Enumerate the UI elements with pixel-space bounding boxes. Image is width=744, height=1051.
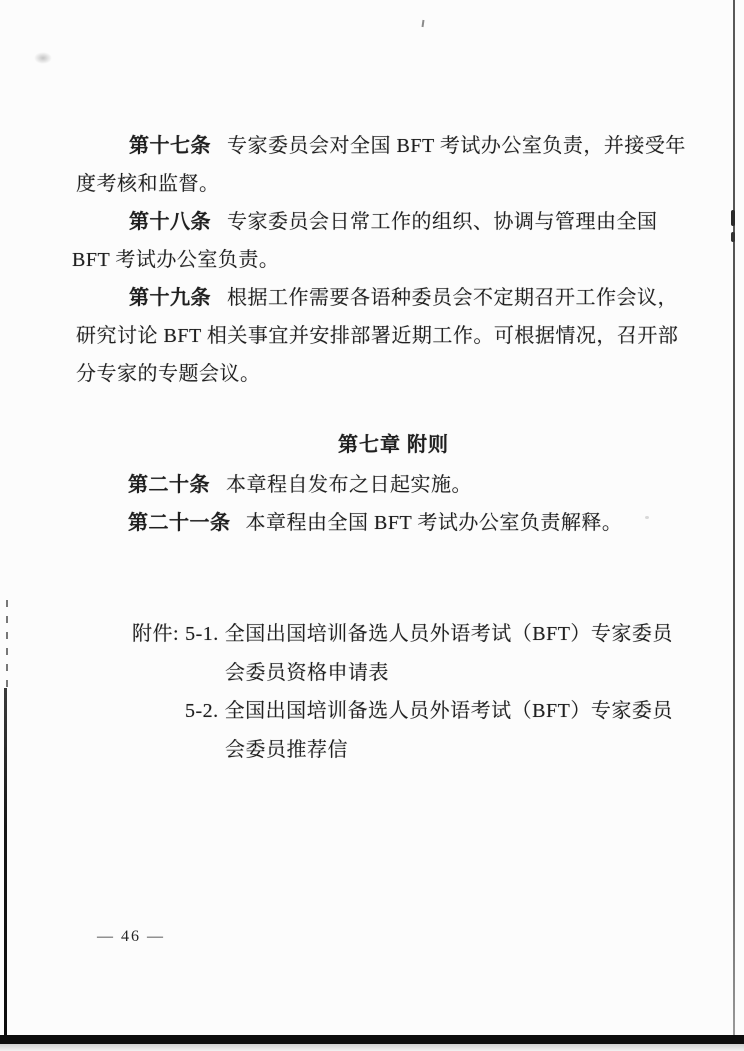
scan-speck — [645, 516, 649, 519]
article-19-text-cont: 分专家的专题会议。 — [76, 363, 261, 385]
scan-bottom-strip — [0, 1044, 744, 1051]
article-21-line-1: 第二十一条本章程由全国 BFT 考试办公室负责解释。 — [128, 510, 622, 536]
article-21-number: 第二十一条 — [128, 512, 231, 534]
article-18-line-1: 第十八条专家委员会日常工作的组织、协调与管理由全国 — [129, 209, 658, 235]
scanned-document-page: 第十七条专家委员会对全国 BFT 考试办公室负责，并接受年 度考核和监督。 第十… — [0, 0, 744, 1051]
attachment-5-1-title-cont: 会委员资格申请表 — [225, 662, 389, 684]
article-17-number: 第十七条 — [129, 135, 211, 157]
scan-right-edge-blob — [731, 232, 735, 242]
article-19-line-2: 研究讨论 BFT 相关事宜并安排部署近期工作。可根据情况，召开部 — [76, 323, 678, 349]
article-18-text-cont: BFT 考试办公室负责。 — [72, 249, 279, 271]
article-19-line-1: 第十九条根据工作需要各语种委员会不定期召开工作会议， — [129, 285, 678, 311]
article-21-text: 本章程由全国 BFT 考试办公室负责解释。 — [246, 512, 623, 534]
attachment-5-1-line-2: 会委员资格申请表 — [225, 660, 389, 686]
attachment-5-1-number: 5-1. — [185, 623, 219, 645]
scan-left-edge-line — [4, 688, 7, 1038]
article-18-number: 第十八条 — [129, 211, 211, 233]
article-20-number: 第二十条 — [128, 474, 210, 496]
article-17-line-1: 第十七条专家委员会对全国 BFT 考试办公室负责，并接受年 — [129, 133, 686, 159]
article-19-line-3: 分专家的专题会议。 — [76, 361, 261, 387]
article-19-text-cont: 研究讨论 BFT 相关事宜并安排部署近期工作。可根据情况，召开部 — [76, 325, 678, 347]
scan-speck — [422, 20, 425, 27]
chapter-7-heading: 第七章 附则 — [338, 432, 449, 458]
attachment-5-1-title: 全国出国培训备选人员外语考试（BFT）专家委员 — [225, 623, 673, 645]
page-number: — 46 — — [97, 928, 165, 946]
scan-bottom-frame-bar — [0, 1035, 744, 1044]
scan-right-edge-line — [733, 0, 735, 1037]
article-17-line-2: 度考核和监督。 — [76, 171, 220, 197]
attachment-5-2-line-2: 会委员推荐信 — [225, 737, 348, 763]
article-17-text-cont: 度考核和监督。 — [76, 173, 220, 195]
attachment-5-2-title-cont: 会委员推荐信 — [225, 739, 348, 761]
attachment-5-2-number: 5-2. — [185, 700, 219, 722]
article-18-text: 专家委员会日常工作的组织、协调与管理由全国 — [227, 211, 658, 233]
article-17-text: 专家委员会对全国 BFT 考试办公室负责，并接受年 — [227, 135, 686, 157]
scan-corner-smudge — [34, 52, 52, 64]
scan-right-edge-blob — [731, 210, 735, 226]
page-number-text: — 46 — — [97, 928, 165, 945]
attachment-5-1-line-1: 附件:5-1.全国出国培训备选人员外语考试（BFT）专家委员 — [132, 621, 673, 647]
attachment-5-2-title: 全国出国培训备选人员外语考试（BFT）专家委员 — [225, 700, 673, 722]
article-18-line-2: BFT 考试办公室负责。 — [72, 247, 279, 273]
article-20-line-1: 第二十条本章程自发布之日起实施。 — [128, 472, 472, 498]
attachment-5-2-line-1: 5-2.全国出国培训备选人员外语考试（BFT）专家委员 — [185, 698, 673, 724]
chapter-7-heading-text: 第七章 附则 — [338, 434, 449, 456]
article-19-text: 根据工作需要各语种委员会不定期召开工作会议， — [227, 287, 678, 309]
attachments-label: 附件: — [132, 623, 179, 645]
article-20-text: 本章程自发布之日起实施。 — [226, 474, 472, 496]
article-19-number: 第十九条 — [129, 287, 211, 309]
scan-left-edge-dashes — [6, 600, 8, 690]
